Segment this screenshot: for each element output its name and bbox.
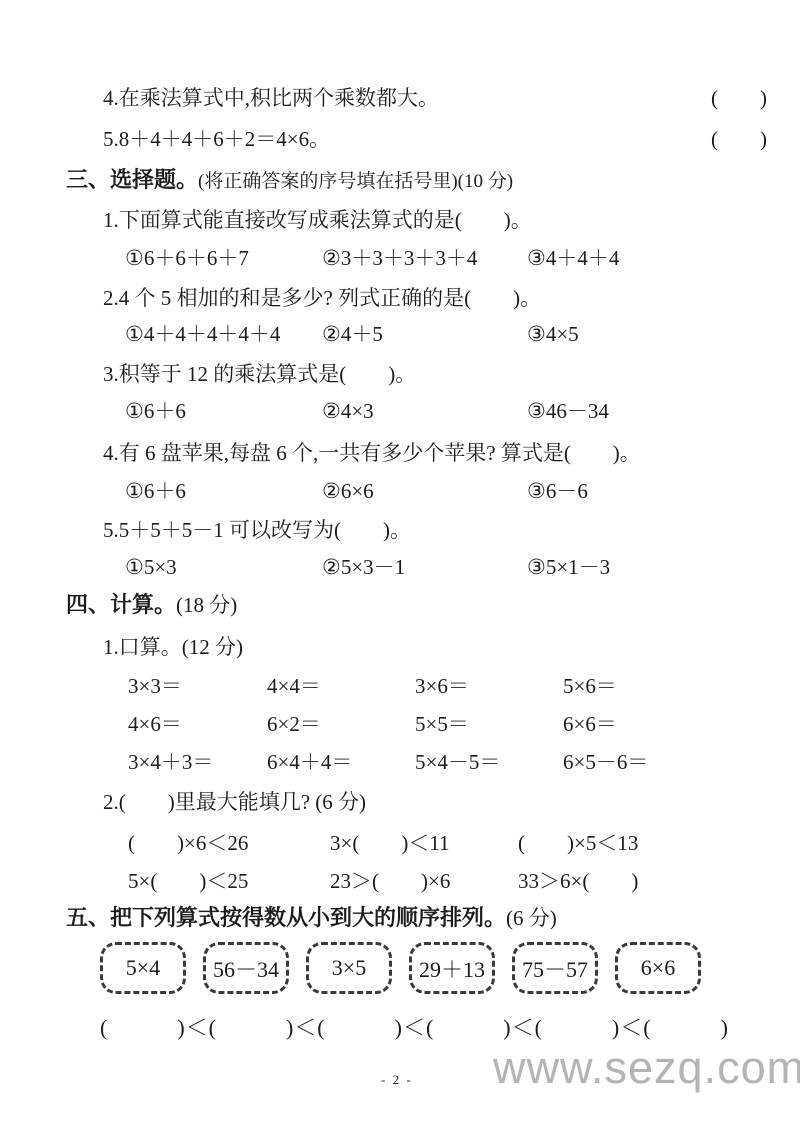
oral-calc-cell: 6×4＋4＝ [267,748,352,776]
page-number: - 2 - [381,1066,413,1094]
choice-option: ③5×1－3 [527,553,610,581]
oral-calc-cell: 3×6＝ [415,672,469,700]
expression-box: 56－34 [203,942,289,994]
expression-box: 6×6 [615,942,701,994]
choice-option: ②6×6 [322,477,374,505]
choice-options-row: ①6＋6 ②6×6 ③6－6 [0,477,800,507]
choice-option: ③6－6 [527,477,588,505]
oral-calc-row: 4×6＝ 6×2＝ 5×5＝ 6×6＝ [0,710,800,740]
section-heading-note: (将正确答案的序号填在括号里)(10 分) [198,171,513,192]
fill-max-row: ( )×6＜26 3×( )＜11 ( )×5＜13 [0,829,800,859]
judge-item: 5.8＋4＋4＋6＋2＝4×6。 ( ) [103,125,330,153]
fill-max-cell: 3×( )＜11 [330,829,450,857]
choice-option: ③46－34 [527,397,609,425]
fill-max-cell: 5×( )＜25 [128,867,248,895]
oral-calc-cell: 5×5＝ [415,710,469,738]
judge-item-text: 5.8＋4＋4＋6＋2＝4×6。 [103,127,330,151]
fill-max-title: 2.( )里最大能填几? (6 分) [103,788,366,816]
choice-question: 3.积等于 12 的乘法算式是( )。 [103,360,416,388]
watermark: www.sezq.com [493,1054,800,1082]
worksheet-page: 4.在乘法算式中,积比两个乘数都大。 ( ) 5.8＋4＋4＋6＋2＝4×6。 … [0,0,800,1132]
oral-calc-cell: 5×4－5＝ [415,748,500,776]
answer-bracket: ( ) [711,84,767,112]
order-answer-line: ( )＜( )＜( )＜( )＜( )＜( ) [100,1014,729,1042]
oral-calc-cell: 6×5－6＝ [563,748,648,776]
choice-option: ①6＋6 [125,477,186,505]
expression-box-row: 5×4 56－34 3×5 29＋13 75－57 6×6 [100,942,701,994]
judge-item: 4.在乘法算式中,积比两个乘数都大。 ( ) [103,84,439,112]
fill-max-cell: ( )×5＜13 [518,829,638,857]
choice-option: ①5×3 [125,553,177,581]
choice-question: 2.4 个 5 相加的和是多少? 列式正确的是( )。 [103,284,541,312]
choice-options-row: ①6＋6＋6＋7 ②3＋3＋3＋3＋4 ③4＋4＋4 [0,244,800,274]
choice-option: ③4×5 [527,320,579,348]
fill-max-cell: 33＞6×( ) [518,867,638,895]
oral-calc-cell: 6×6＝ [563,710,617,738]
choice-option: ①4＋4＋4＋4＋4 [125,320,280,348]
section-heading-order: 五、把下列算式按得数从小到大的顺序排列。(6 分) [66,904,557,932]
choice-option: ②4×3 [322,397,374,425]
section-heading-label: 四、计算。 [66,592,176,617]
section-heading-calc: 四、计算。(18 分) [66,591,237,619]
choice-question: 4.有 6 盘苹果,每盘 6 个,一共有多少个苹果? 算式是( )。 [103,439,641,467]
fill-max-cell: 23＞( )×6 [330,867,450,895]
expression-box: 5×4 [100,942,186,994]
fill-max-cell: ( )×6＜26 [128,829,248,857]
oral-calc-row: 3×4＋3＝ 6×4＋4＝ 5×4－5＝ 6×5－6＝ [0,748,800,778]
choice-question: 5.5＋5＋5－1 可以改写为( )。 [103,516,411,544]
oral-calc-title: 1.口算。(12 分) [103,633,243,661]
judge-item-text: 4.在乘法算式中,积比两个乘数都大。 [103,86,439,110]
section-heading-note: (6 分) [506,906,557,930]
choice-option: ①6＋6＋6＋7 [125,244,249,272]
expression-box: 29＋13 [409,942,495,994]
choice-option: ②4＋5 [322,320,383,348]
oral-calc-row: 3×3＝ 4×4＝ 3×6＝ 5×6＝ [0,672,800,702]
choice-option: ①6＋6 [125,397,186,425]
section-heading-note: (18 分) [176,593,237,617]
choice-option: ③4＋4＋4 [527,244,619,272]
expression-box: 75－57 [512,942,598,994]
oral-calc-cell: 4×6＝ [128,710,182,738]
oral-calc-cell: 5×6＝ [563,672,617,700]
choice-options-row: ①5×3 ②5×3－1 ③5×1－3 [0,553,800,583]
answer-bracket: ( ) [711,125,767,153]
choice-options-row: ①6＋6 ②4×3 ③46－34 [0,397,800,427]
choice-options-row: ①4＋4＋4＋4＋4 ②4＋5 ③4×5 [0,320,800,350]
choice-option: ②3＋3＋3＋3＋4 [322,244,477,272]
choice-question: 1.下面算式能直接改写成乘法算式的是( )。 [103,206,532,234]
choice-option: ②5×3－1 [322,553,405,581]
oral-calc-cell: 6×2＝ [267,710,321,738]
oral-calc-cell: 3×3＝ [128,672,182,700]
fill-max-row: 5×( )＜25 23＞( )×6 33＞6×( ) [0,867,800,897]
oral-calc-cell: 4×4＝ [267,672,321,700]
oral-calc-cell: 3×4＋3＝ [128,748,213,776]
section-heading-label: 五、把下列算式按得数从小到大的顺序排列。 [66,905,506,930]
section-heading-choice: 三、选择题。(将正确答案的序号填在括号里)(10 分) [66,166,513,196]
expression-box: 3×5 [306,942,392,994]
section-heading-label: 三、选择题。 [66,167,198,192]
